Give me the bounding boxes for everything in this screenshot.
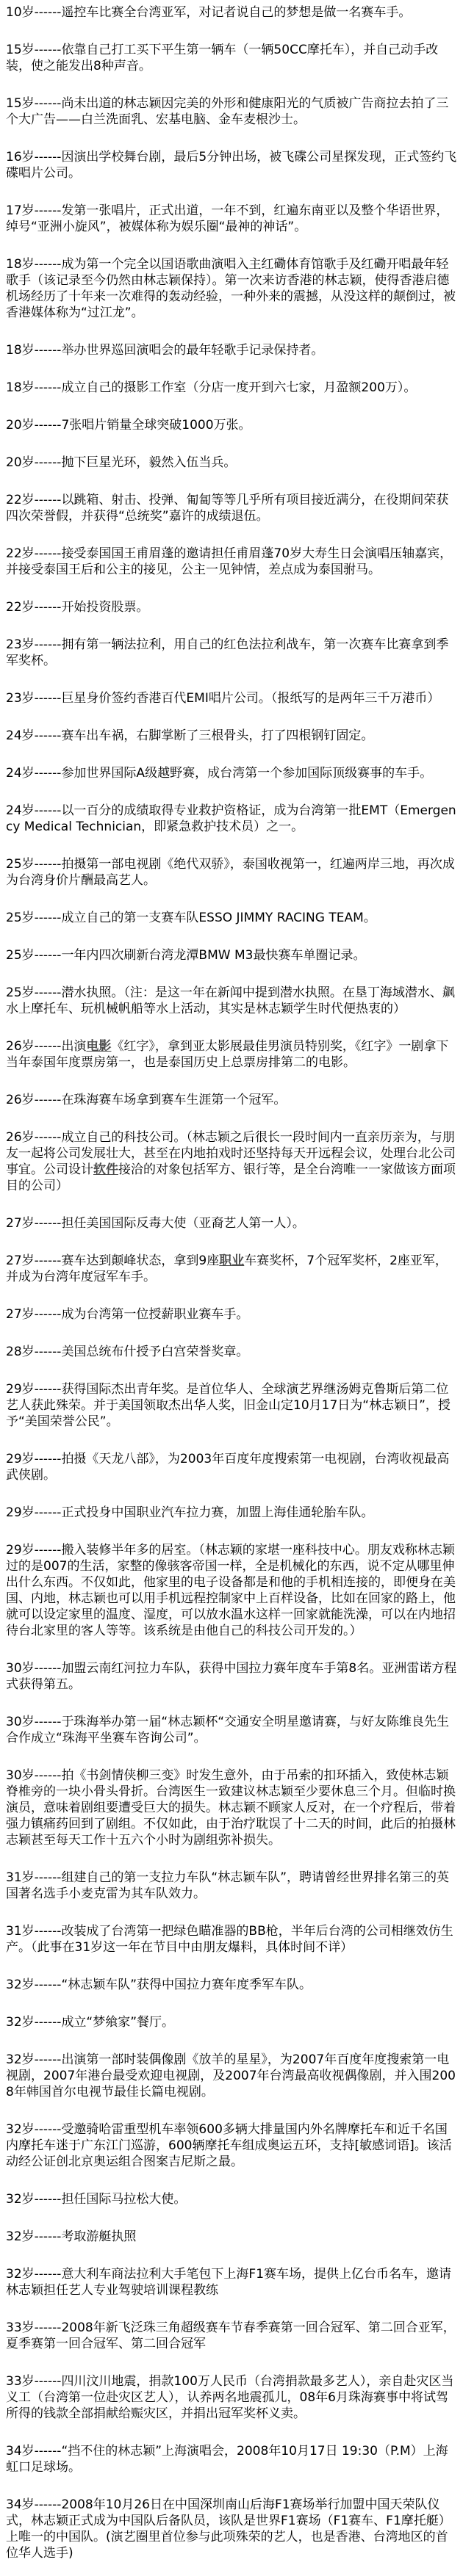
age-label: 18岁------ [6,343,61,358]
timeline-entry: 26岁------在珠海赛车场拿到赛车生涯第一个冠军。 [6,1092,457,1108]
age-label: 16岁------ [6,150,61,164]
age-label: 32岁------ [6,2229,61,2244]
entry-text: 担任国际马拉松大使。 [61,2192,186,2207]
entry-text: “挡不住的林志颖”上海演唱会，2008年10月17日 19:30（P.M）上海虹… [6,2444,448,2475]
entry-text: 潜水执照。（注：是这一年在新闻中提到潜水执照。在垦丁海域潜水、飙水上摩托车、玩机… [6,985,455,1016]
entry-text: 参加世界国际A级越野赛，成台湾第一个参加国际顶级赛事的车手。 [61,766,432,781]
age-label: 25岁------ [6,857,61,872]
entry-text: 搬入装修半年多的居室。（林志颖的家堪一座科技中心。朋友戏称林志颖过的是007的生… [6,1543,456,1638]
timeline-entry: 27岁------成为台湾第一位授薪职业赛车手。 [6,1306,457,1323]
entry-text: 成为台湾第一位授薪职业赛车手。 [61,1307,248,1322]
age-label: 27岁------ [6,1216,61,1231]
age-label: 25岁------ [6,948,61,963]
age-label: 23岁------ [6,691,61,706]
entry-text: 出演 [61,1039,86,1054]
entry-text: “林志颖车队”获得中国拉力赛年度季军车队。 [61,1978,312,1992]
timeline-entry: 34岁------2008年10月26日在中国深圳南山后海F1赛场举行加盟中国天… [6,2497,457,2561]
timeline-entry: 25岁------拍摄第一部电视剧《绝代双骄》，泰国收视第一，红遍两岸三地，再次… [6,856,457,889]
timeline-entry: 26岁------成立自己的科技公司。（林志颖之后很长一段时间内一直亲历亲为，与… [6,1129,457,1194]
entry-text: 获得国际杰出青年奖。是首位华人、全球演艺界继汤姆克鲁斯后第二位艺人获此殊荣。并于… [6,1382,451,1429]
age-label: 24岁------ [6,803,61,818]
timeline-entry: 28岁------美国总统布什授予白宫荣誉奖章。 [6,1344,457,1360]
age-label: 33岁------ [6,2374,61,2389]
age-label: 32岁------ [6,2192,61,2207]
timeline-entry: 25岁------一年内四次刷新台湾龙潭BMW M3最快赛车单圈记录。 [6,947,457,963]
age-label: 34岁------ [6,2444,61,2459]
age-label: 22岁------ [6,546,61,561]
entry-text: 以一百分的成绩取得专业救护资格证，成为台湾第一批EMT（Emergency Me… [6,803,456,834]
age-label: 34岁------ [6,2497,61,2512]
age-label: 30岁------ [6,1661,61,1676]
entry-text: 于珠海举办第一届“林志颖杯“交通安全明星邀请赛，与好友陈维良先生合作成立“珠海平… [6,1715,449,1745]
timeline-entry: 30岁------加盟云南红河拉力车队，获得中国拉力赛年度车手第8名。亚洲雷诺方… [6,1660,457,1693]
timeline-entry: 32岁------意大利车商法拉利大手笔包下上海F1赛车场，提供上亿台币名车，邀… [6,2266,457,2298]
timeline: 10岁------遥控车比赛全台湾亚军，对记者说自己的梦想是做一名赛车手。15岁… [6,4,457,2561]
timeline-entry: 15岁------尚未出道的林志颖因完美的外形和健康阳光的气质被广告商拉去拍了三… [6,95,457,128]
timeline-entry: 32岁------考取游艇执照 [6,2229,457,2245]
keyword-link[interactable]: 职业 [219,1253,244,1268]
age-label: 26岁------ [6,1130,61,1145]
timeline-entry: 25岁------成立自己的第一支赛车队ESSO JIMMY RACING TE… [6,910,457,926]
age-label: 24岁------ [6,766,61,781]
timeline-entry: 24岁------参加世界国际A级越野赛，成台湾第一个参加国际顶级赛事的车手。 [6,765,457,781]
timeline-entry: 24岁------赛车出车祸，右脚掌断了三根骨头，打了四根钢钉固定。 [6,728,457,744]
timeline-entry: 30岁------拍《书剑情侠柳三变》时发生意外，由于吊索的扣环插入，致使林志颖… [6,1768,457,1848]
timeline-entry: 32岁------出演第一部时装偶像剧《放羊的星星》，为2007年百度年度搜索第… [6,2052,457,2100]
timeline-entry: 31岁------组建自己的第一支拉力车队“林志颖车队”，聘请曾经世界排名第三的… [6,1870,457,1902]
age-label: 17岁------ [6,203,61,218]
timeline-entry: 32岁------担任国际马拉松大使。 [6,2191,457,2207]
entry-text: 改装成了台湾第一把绿色瞄准器的BB枪，半年后台湾的公司相继效仿生产。（此事在31… [6,1924,453,1955]
entry-text: 赛车出车祸，右脚掌断了三根骨头，打了四根钢钉固定。 [61,728,373,743]
age-label: 32岁------ [6,2122,61,2137]
entry-text: 发第一张唱片，正式出道，一年不到，红遍东南亚以及整个华语世界，绰号“亚洲小旋风”… [6,203,448,234]
age-label: 32岁------ [6,2015,61,2030]
timeline-entry: 15岁------依靠自己打工买下平生第一辆车（一辆50CC摩托车），并自己动手… [6,42,457,74]
age-label: 32岁------ [6,1978,61,1992]
age-label: 25岁------ [6,985,61,1000]
entry-text: 拍摄《天龙八部》，为2003年百度年度搜索第一电视剧，台湾收视最高武侠剧。 [6,1452,449,1483]
timeline-entry: 18岁------举办世界巡回演唱会的最年轻歌手记录保持者。 [6,342,457,358]
entry-text: 遥控车比赛全台湾亚军，对记者说自己的梦想是做一名赛车手。 [61,5,411,20]
timeline-entry: 26岁------出演电影《红字》，拿到亚太影展最佳男演员特别奖，《红字》一剧拿… [6,1038,457,1071]
age-label: 10岁------ [6,5,61,20]
entry-text: 意大利车商法拉利大手笔包下上海F1赛车场，提供上亿台币名车，邀请林志颖担任艺人专… [6,2267,451,2298]
timeline-entry: 27岁------担任美国国际反毒大使（亚裔艺人第一人）。 [6,1215,457,1231]
timeline-entry: 22岁------接受泰国国王甫眉蓬的邀请担任甫眉蓬70岁大寿生日会演唱压轴嘉宾… [6,546,457,578]
timeline-entry: 32岁------成立“梦飨家”餐厅。 [6,2014,457,2030]
entry-text: 拍摄第一部电视剧《绝代双骄》，泰国收视第一，红遍两岸三地，再次成为台湾身价片酬最… [6,857,455,888]
age-label: 25岁------ [6,911,61,925]
timeline-entry: 20岁------抛下巨星光环，毅然入伍当兵。 [6,455,457,471]
entry-text: 尚未出道的林志颖因完美的外形和健康阳光的气质被广告商拉去拍了三个大广告——白兰洗… [6,96,448,127]
timeline-entry: 18岁------成立自己的摄影工作室（分店一度开到六七家，月盈额200万）。 [6,380,457,396]
timeline-entry: 25岁------潜水执照。（注：是这一年在新闻中提到潜水执照。在垦丁海域潜水、… [6,985,457,1017]
timeline-entry: 32岁------受邀骑哈雷重型机车率领600多辆大排量国内外名牌摩托车和近千名… [6,2121,457,2170]
keyword-link[interactable]: 电影 [86,1039,111,1054]
entry-text: 成立自己的第一支赛车队ESSO JIMMY RACING TEAM。 [61,911,376,925]
age-label: 20岁------ [6,418,61,433]
entry-text: 成立自己的摄影工作室（分店一度开到六七家，月盈额200万）。 [61,380,416,395]
entry-text: 正式投身中国职业汽车拉力赛，加盟上海佳通轮胎车队。 [61,1505,373,1520]
timeline-entry: 29岁------获得国际杰出青年奖。是首位华人、全球演艺界继汤姆克鲁斯后第二位… [6,1381,457,1430]
document-page: 10岁------遥控车比赛全台湾亚军，对记者说自己的梦想是做一名赛车手。15岁… [0,0,463,2576]
entry-text: 组建自己的第一支拉力车队“林志颖车队”，聘请曾经世界排名第三的英国著名选手小麦克… [6,1870,449,1901]
entry-text: 接受泰国国王甫眉蓬的邀请担任甫眉蓬70岁大寿生日会演唱压轴嘉宾，并接受泰国王后和… [6,546,452,577]
age-label: 18岁------ [6,257,61,272]
entry-text: 以跳箱、射击、投弹、匍匐等等几乎所有项目接近满分，在役期间荣获四次荣誉假，并获得… [6,493,448,524]
entry-text: 2008年10月26日在中国深圳南山后海F1赛场举行加盟中国天荣队仪式，林志颖正… [6,2497,451,2561]
entry-text: 开始投资股票。 [61,600,148,615]
entry-text: 担任美国国际反毒大使（亚裔艺人第一人）。 [61,1216,305,1231]
entry-text: 因演出学校舞台剧，最后5分钟出场，被飞碟公司星探发现，正式签约飞碟唱片公司。 [6,150,456,181]
entry-text: 成为第一个完全以国语歌曲演唱入主红磡体育馆歌手及红磡开唱最年轻歌手（该记录至今仍… [6,257,456,320]
timeline-entry: 32岁------“林志颖车队”获得中国拉力赛年度季军车队。 [6,1977,457,1993]
age-label: 30岁------ [6,1768,61,1783]
timeline-entry: 22岁------以跳箱、射击、投弹、匍匐等等几乎所有项目接近满分，在役期间荣获… [6,492,457,524]
timeline-entry: 34岁------“挡不住的林志颖”上海演唱会，2008年10月17日 19:3… [6,2443,457,2475]
entry-text: 美国总统布什授予白宫荣誉奖章。 [61,1345,248,1359]
timeline-entry: 18岁------成为第一个完全以国语歌曲演唱入主红磡体育馆歌手及红磡开唱最年轻… [6,256,457,321]
age-label: 24岁------ [6,728,61,743]
entry-text: 成立“梦飨家”餐厅。 [61,2015,174,2030]
entry-text: 在珠海赛车场拿到赛车生涯第一个冠军。 [61,1093,286,1107]
age-label: 29岁------ [6,1382,61,1397]
entry-text: 加盟云南红河拉力车队，获得中国拉力赛年度车手第8名。亚洲雷诺方程式获得第五。 [6,1661,456,1692]
age-label: 22岁------ [6,600,61,615]
entry-text: 巨星身价签约香港百代EMI唱片公司。（报纸写的是两年三千万港币） [61,691,439,706]
age-label: 32岁------ [6,2052,61,2067]
timeline-entry: 22岁------开始投资股票。 [6,599,457,615]
timeline-entry: 30岁------于珠海举办第一届“林志颖杯“交通安全明星邀请赛，与好友陈维良先… [6,1714,457,1746]
timeline-entry: 24岁------以一百分的成绩取得专业救护资格证，成为台湾第一批EMT（Eme… [6,803,457,835]
age-label: 33岁------ [6,2320,61,2335]
entry-text: 一年内四次刷新台湾龙潭BMW M3最快赛车单圈记录。 [61,948,365,963]
age-label: 27岁------ [6,1307,61,1322]
entry-text: 四川汶川地震，捐款100万人民币（台湾捐款最多艺人），亲自赴灾区当义工（台湾第一… [6,2374,453,2421]
entry-text: 出演第一部时装偶像剧《放羊的星星》，为2007年百度年度搜索第一电视剧，2007… [6,2052,456,2099]
age-label: 31岁------ [6,1870,61,1885]
age-label: 30岁------ [6,1715,61,1729]
age-label: 23岁------ [6,637,61,652]
entry-text: 7张唱片销量全球突破1000万张。 [61,418,251,433]
age-label: 15岁------ [6,96,61,111]
age-label: 28岁------ [6,1345,61,1359]
age-label: 26岁------ [6,1039,61,1054]
age-label: 15岁------ [6,43,61,57]
timeline-entry: 23岁------拥有第一辆法拉利，用自己的红色法拉利战车，第一次赛车比赛拿到季… [6,637,457,669]
entry-text: 举办世界巡回演唱会的最年轻歌手记录保持者。 [61,343,323,358]
timeline-entry: 23岁------巨星身价签约香港百代EMI唱片公司。（报纸写的是两年三千万港币… [6,690,457,706]
age-label: 32岁------ [6,2267,61,2282]
age-label: 29岁------ [6,1452,61,1466]
age-label: 18岁------ [6,380,61,395]
age-label: 31岁------ [6,1924,61,1939]
entry-text: 考取游艇执照 [61,2229,136,2244]
entry-text: 赛车达到颠峰状态，拿到9座 [61,1253,219,1268]
timeline-entry: 17岁------发第一张唱片，正式出道，一年不到，红遍东南亚以及整个华语世界，… [6,203,457,235]
age-label: 26岁------ [6,1093,61,1107]
timeline-entry: 29岁------正式投身中国职业汽车拉力赛，加盟上海佳通轮胎车队。 [6,1505,457,1521]
timeline-entry: 20岁------7张唱片销量全球突破1000万张。 [6,417,457,433]
age-label: 29岁------ [6,1543,61,1557]
timeline-entry: 10岁------遥控车比赛全台湾亚军，对记者说自己的梦想是做一名赛车手。 [6,4,457,21]
keyword-link[interactable]: 软件 [93,1162,118,1177]
age-label: 27岁------ [6,1253,61,1268]
entry-text: 依靠自己打工买下平生第一辆车（一辆50CC摩托车），并自己动手改装，使之能发出8… [6,43,438,73]
timeline-entry: 27岁------赛车达到颠峰状态，拿到9座职业车赛奖杯，7个冠军奖杯，2座亚军… [6,1253,457,1285]
age-label: 29岁------ [6,1505,61,1520]
timeline-entry: 31岁------改装成了台湾第一把绿色瞄准器的BB枪，半年后台湾的公司相继效仿… [6,1923,457,1955]
timeline-entry: 33岁------四川汶川地震，捐款100万人民币（台湾捐款最多艺人），亲自赴灾… [6,2373,457,2422]
entry-text: 2008年新飞泛珠三角超级赛车节春季赛第一回合冠军、第二回合亚军，夏季赛第一回合… [6,2320,456,2351]
age-label: 20岁------ [6,455,61,470]
entry-text: 受邀骑哈雷重型机车率领600多辆大排量国内外名牌摩托车和近千名国内摩托车迷于广东… [6,2122,452,2169]
timeline-entry: 29岁------搬入装修半年多的居室。（林志颖的家堪一座科技中心。朋友戏称林志… [6,1542,457,1639]
age-label: 22岁------ [6,493,61,507]
timeline-entry: 33岁------2008年新飞泛珠三角超级赛车节春季赛第一回合冠军、第二回合亚… [6,2320,457,2352]
entry-text: 抛下巨星光环，毅然入伍当兵。 [61,455,236,470]
entry-text: 拥有第一辆法拉利，用自己的红色法拉利战车，第一次赛车比赛拿到季军奖杯。 [6,637,448,668]
timeline-entry: 29岁------拍摄《天龙八部》，为2003年百度年度搜索第一电视剧，台湾收视… [6,1451,457,1483]
entry-text: 拍《书剑情侠柳三变》时发生意外，由于吊索的扣环插入，致使林志颖脊椎旁的一块小骨头… [6,1768,456,1848]
timeline-entry: 16岁------因演出学校舞台剧，最后5分钟出场，被飞碟公司星探发现，正式签约… [6,149,457,181]
